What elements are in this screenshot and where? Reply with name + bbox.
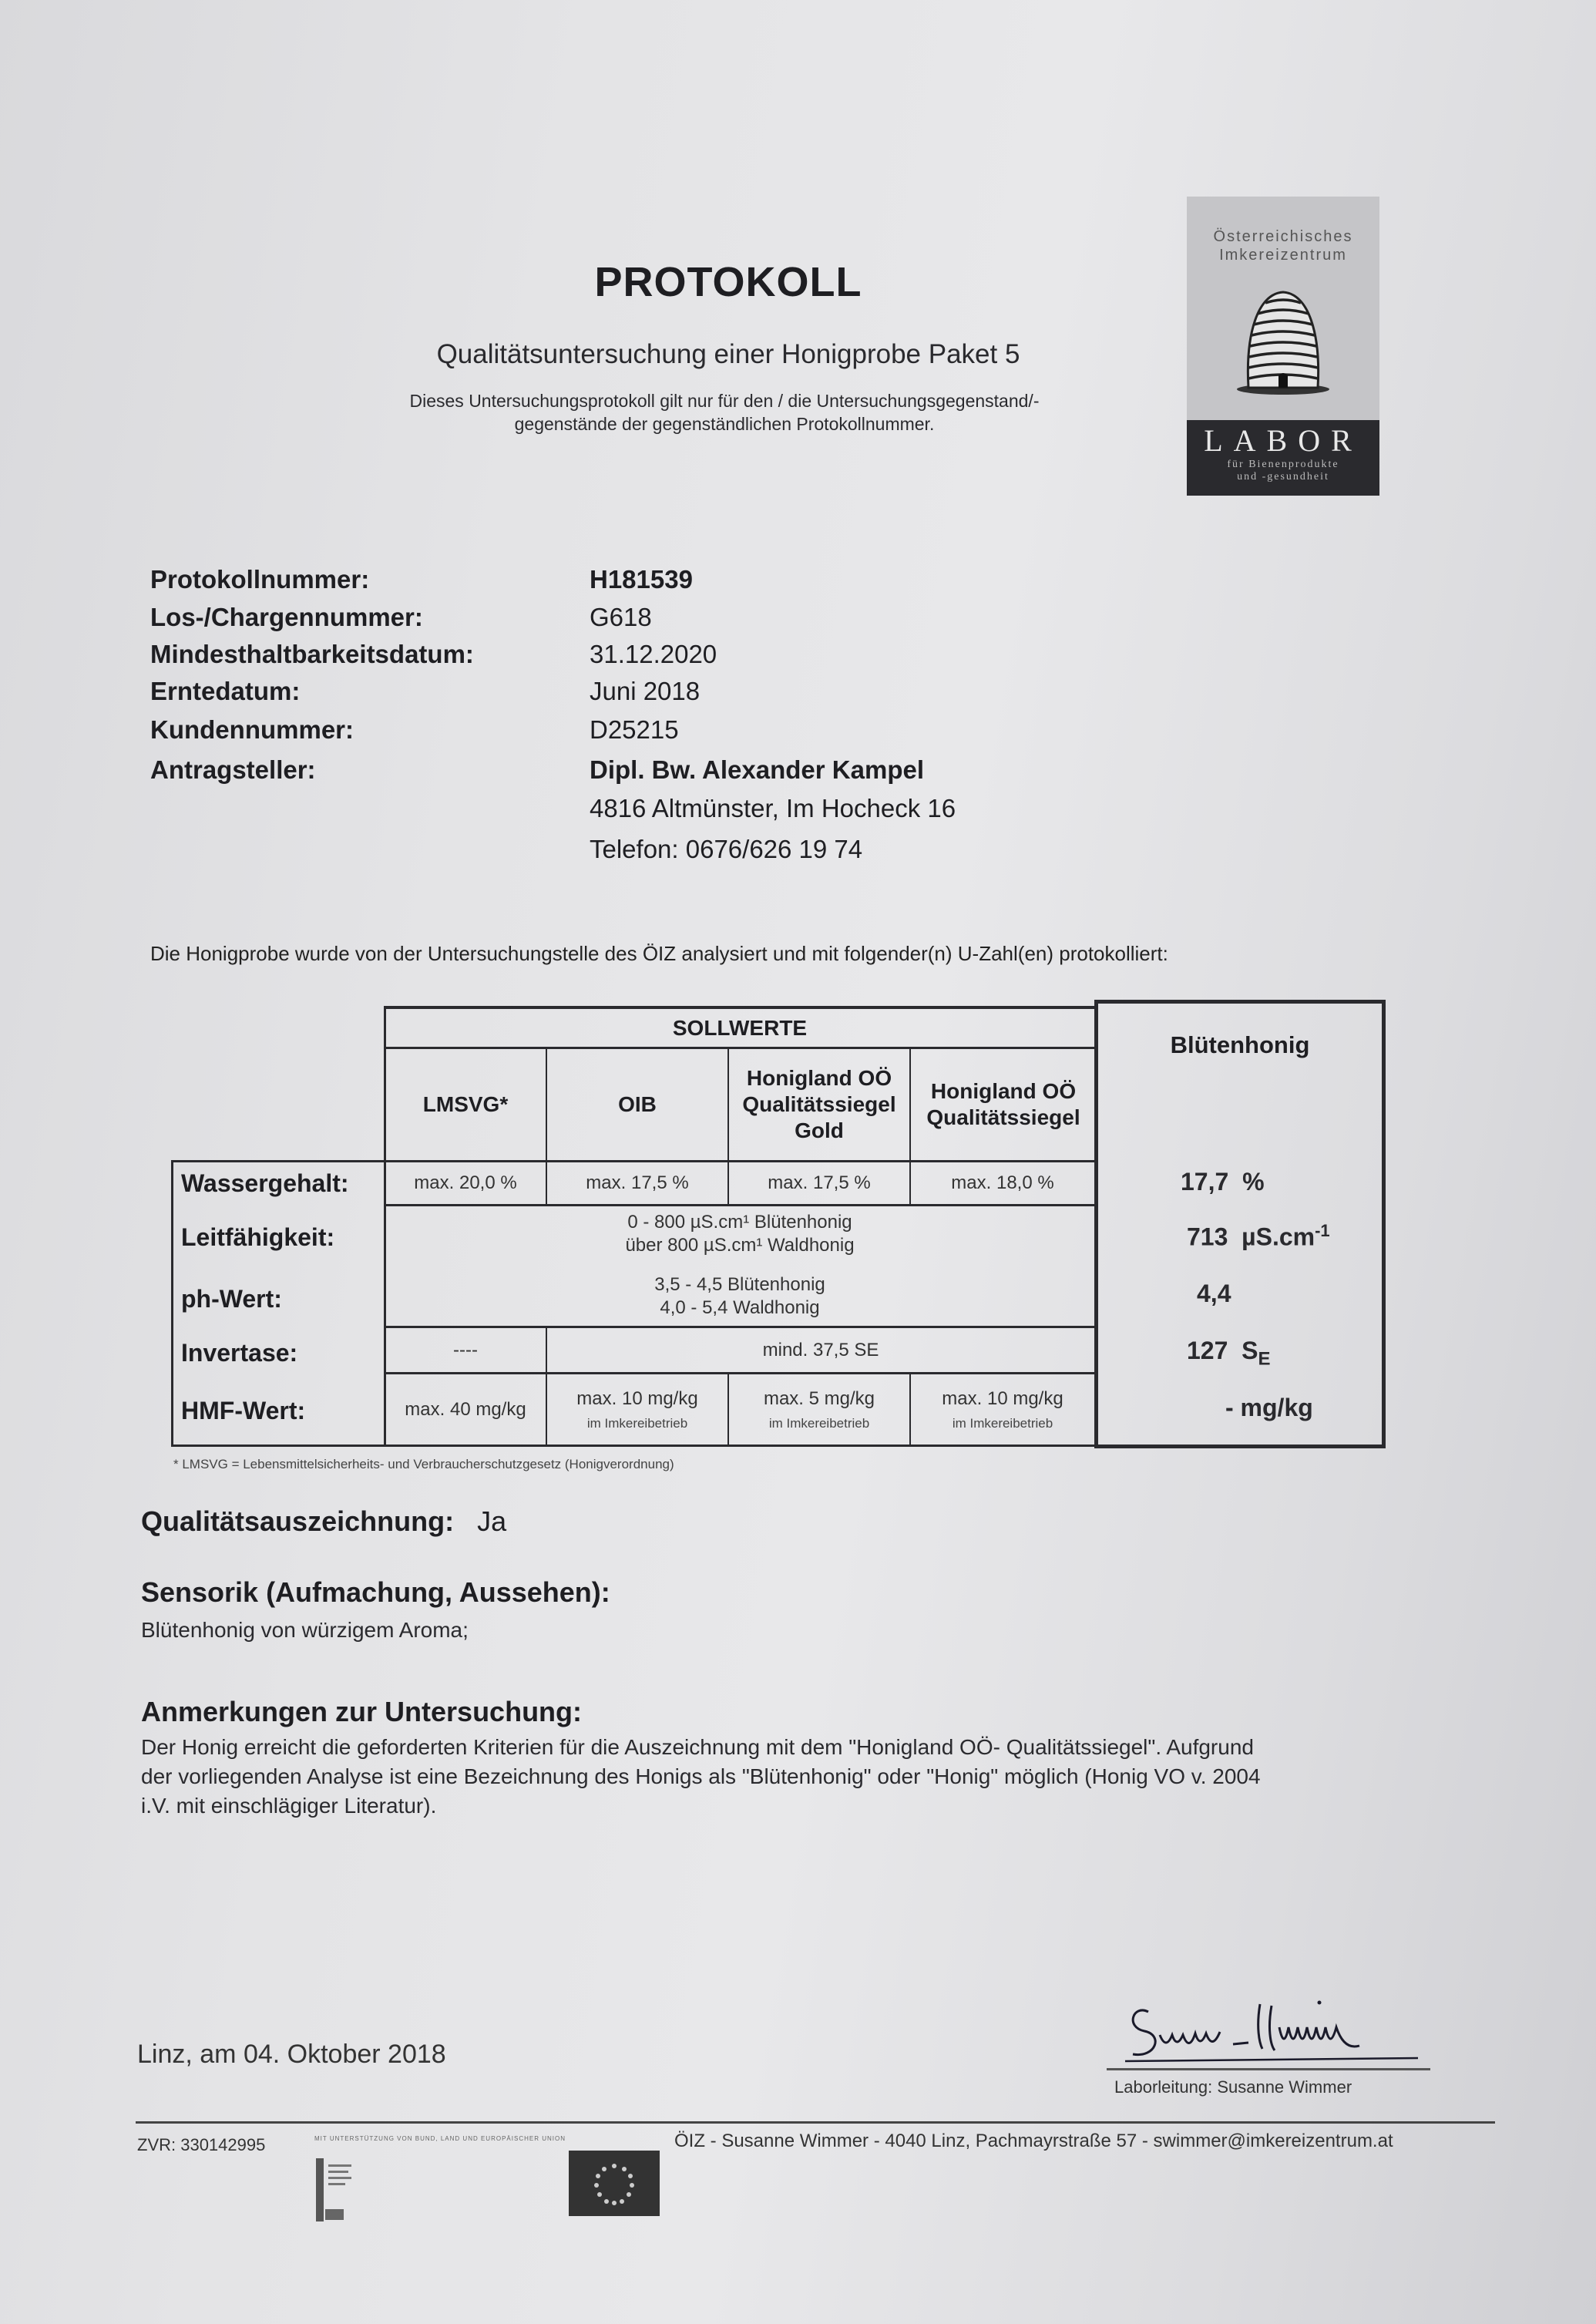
hmf-lmsvg: max. 40 mg/kg	[385, 1374, 546, 1445]
result-value: -	[1225, 1394, 1234, 1421]
result-value: 713	[1187, 1223, 1228, 1251]
funding-caption: MIT UNTERSTÜTZUNG VON BUND, LAND UND EUR…	[314, 2135, 661, 2142]
leit-spec-line-2: über 800 µS.cm¹ Waldhonig	[625, 1234, 854, 1257]
result-unit-exponent: -1	[1315, 1221, 1330, 1240]
result-wassergehalt: 17,7 %	[1181, 1168, 1265, 1196]
result-column-header: Blütenhonig	[1098, 1004, 1382, 1087]
param-ph: ph-Wert:	[181, 1285, 282, 1313]
invertase-lmsvg: ----	[385, 1328, 546, 1372]
column-header-oib: OIB	[547, 1049, 727, 1160]
sensorik-text: Blütenhonig von würzigem Aroma;	[141, 1616, 1497, 1645]
footer-divider	[136, 2121, 1495, 2124]
signature-icon	[1117, 1996, 1426, 2066]
param-leitfaehigkeit: Leitfähigkeit:	[181, 1223, 334, 1252]
result-value: 4,4	[1197, 1280, 1231, 1307]
wasser-oib: max. 17,5 %	[547, 1162, 727, 1204]
result-ph: 4,4	[1197, 1280, 1231, 1308]
sollwerte-header: SOLLWERTE	[385, 1009, 1094, 1048]
wasser-gold: max. 17,5 %	[729, 1162, 909, 1204]
hmf-oib-note: im Imkereibetrieb	[587, 1416, 687, 1431]
param-hmf: HMF-Wert:	[181, 1397, 305, 1425]
hmf-gold: max. 5 mg/kg im Imkereibetrieb	[729, 1374, 909, 1445]
param-invertase: Invertase:	[181, 1339, 297, 1367]
column-header-siegel: Honigland OÖ Qualitätssiegel	[914, 1049, 1093, 1160]
result-hmf: - mg/kg	[1225, 1394, 1313, 1422]
footer-address: ÖIZ - Susanne Wimmer - 4040 Linz, Pachma…	[674, 2131, 1393, 2152]
leit-spec: 0 - 800 µS.cm¹ Blütenhonig über 800 µS.c…	[385, 1210, 1094, 1258]
wasser-siegel: max. 18,0 %	[911, 1162, 1094, 1204]
sensorik-heading: Sensorik (Aufmachung, Aussehen):	[141, 1576, 610, 1609]
ph-spec-line-2: 4,0 - 5,4 Waldhonig	[660, 1297, 819, 1320]
param-wassergehalt: Wassergehalt:	[181, 1169, 349, 1198]
table-footnote: * LMSVG = Lebensmittelsicherheits- und V…	[173, 1457, 674, 1472]
hmf-siegel-value: max. 10 mg/kg	[942, 1388, 1063, 1410]
ph-spec-line-1: 3,5 - 4,5 Blütenhonig	[654, 1273, 825, 1297]
result-invertase: 127 SE	[1187, 1337, 1271, 1370]
hmf-gold-value: max. 5 mg/kg	[764, 1388, 875, 1410]
quality-label: Qualitätsauszeichnung:	[141, 1505, 454, 1537]
funding-caption-text: MIT UNTERSTÜTZUNG VON BUND, LAND UND EUR…	[314, 2135, 661, 2142]
hmf-lmsvg-value: max. 40 mg/kg	[405, 1399, 526, 1421]
result-unit: %	[1242, 1168, 1264, 1196]
result-unit: mg/kg	[1241, 1394, 1313, 1421]
remarks-heading: Anmerkungen zur Untersuchung:	[141, 1696, 582, 1728]
hmf-oib-value: max. 10 mg/kg	[576, 1388, 697, 1410]
hmf-siegel: max. 10 mg/kg im Imkereibetrieb	[911, 1374, 1094, 1445]
column-header-gold: Honigland OÖ Qualitätssiegel Gold	[734, 1049, 905, 1160]
signature-line	[1107, 2068, 1430, 2070]
quality-value: Ja	[477, 1505, 506, 1537]
hmf-siegel-note: im Imkereibetrieb	[953, 1416, 1053, 1431]
ministry-logo-icon	[316, 2158, 378, 2221]
result-value: 17,7	[1181, 1168, 1228, 1196]
leit-spec-line-1: 0 - 800 µS.cm¹ Blütenhonig	[627, 1211, 852, 1234]
wasser-lmsvg: max. 20,0 %	[385, 1162, 546, 1204]
hmf-gold-note: im Imkereibetrieb	[769, 1416, 869, 1431]
place-date: Linz, am 04. Oktober 2018	[137, 2040, 446, 2070]
ph-spec: 3,5 - 4,5 Blütenhonig 4,0 - 5,4 Waldhoni…	[385, 1273, 1094, 1320]
results-table: SOLLWERTE LMSVG* OIB Honigland OÖ Qualit…	[0, 0, 1596, 2324]
eu-flag-icon	[569, 2151, 660, 2216]
column-header-lmsvg: LMSVG*	[385, 1049, 546, 1160]
quality-award: Qualitätsauszeichnung: Ja	[141, 1505, 506, 1538]
remarks-line-3: i.V. mit einschlägiger Literatur).	[141, 1791, 1497, 1821]
remarks-text: Der Honig erreicht die geforderten Krite…	[141, 1733, 1497, 1821]
result-unit-subscript: E	[1258, 1348, 1271, 1369]
result-unit: S	[1242, 1337, 1258, 1364]
result-leitfaehigkeit: 713 µS.cm-1	[1187, 1221, 1330, 1252]
remarks-line-1: Der Honig erreicht die geforderten Krite…	[141, 1733, 1497, 1762]
zvr-number: ZVR: 330142995	[137, 2135, 265, 2155]
signature-caption: Laborleitung: Susanne Wimmer	[1114, 2077, 1352, 2097]
result-value: 127	[1187, 1337, 1228, 1364]
remarks-line-2: der vorliegenden Analyse ist eine Bezeic…	[141, 1762, 1497, 1791]
invertase-spec: mind. 37,5 SE	[547, 1328, 1094, 1372]
hmf-oib: max. 10 mg/kg im Imkereibetrieb	[547, 1374, 727, 1445]
result-unit: µS.cm	[1242, 1223, 1315, 1251]
